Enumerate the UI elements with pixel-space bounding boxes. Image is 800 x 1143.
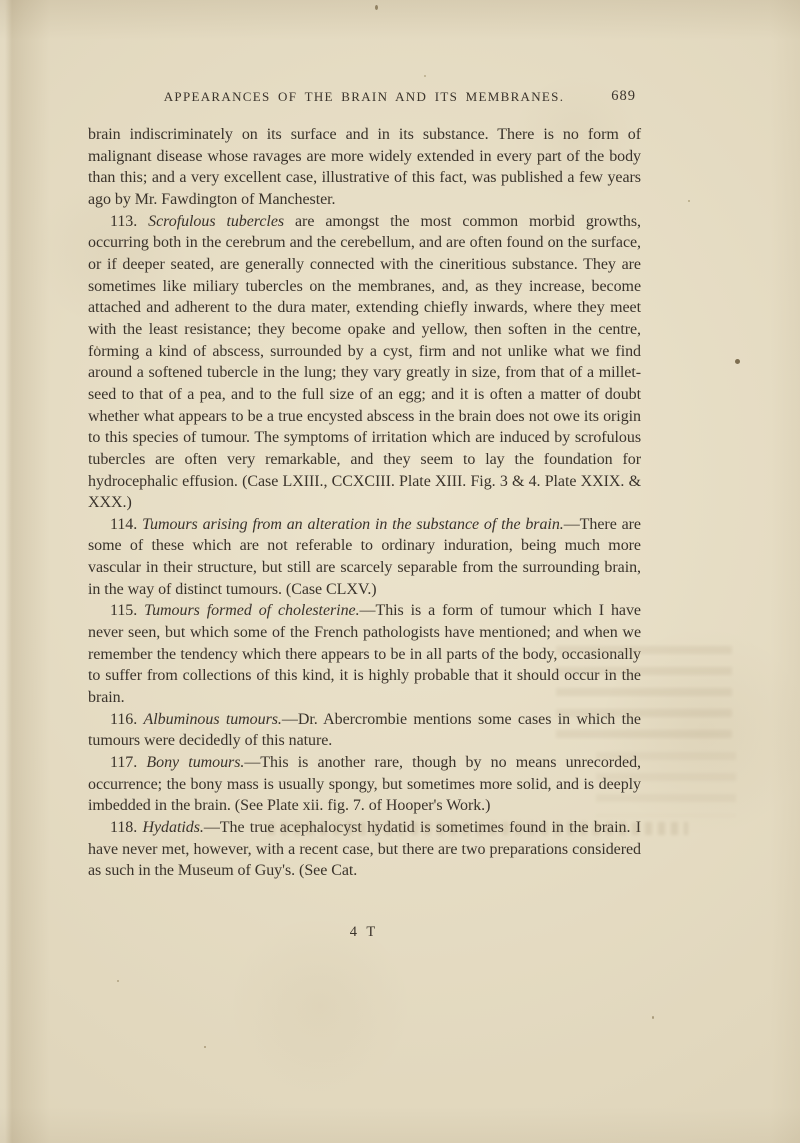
paragraph: 118. Hydatids.—The true acephalocyst hyd… <box>88 817 641 882</box>
paper-speck <box>688 200 690 202</box>
paragraph: 115. Tumours formed of cholesterine.—Thi… <box>88 600 641 708</box>
paragraph: 113. Scrofulous tubercles are amongst th… <box>88 211 641 514</box>
paragraph: brain indiscriminately on its surface an… <box>88 124 641 211</box>
paragraph: 116. Albuminous tumours.—Dr. Abercrombie… <box>88 709 641 752</box>
signature-mark: 4 T <box>88 924 640 941</box>
paragraph: 114. Tumours arising from an alteration … <box>88 514 641 601</box>
page-header: APPEARANCES OF THE BRAIN AND ITS MEMBRAN… <box>88 88 640 108</box>
page-number: 689 <box>611 88 636 105</box>
paper-speck <box>652 1016 654 1019</box>
paper-speck <box>375 5 378 10</box>
paragraph: 117. Bony tumours.—This is another rare,… <box>88 752 641 817</box>
book-page: APPEARANCES OF THE BRAIN AND ITS MEMBRAN… <box>0 0 800 1143</box>
paper-speck <box>735 359 740 364</box>
paper-speck <box>204 1046 206 1048</box>
body-text: brain indiscriminately on its surface an… <box>88 124 641 882</box>
paper-speck <box>117 980 119 982</box>
running-title: APPEARANCES OF THE BRAIN AND ITS MEMBRAN… <box>164 89 565 104</box>
paper-speck <box>424 75 426 77</box>
